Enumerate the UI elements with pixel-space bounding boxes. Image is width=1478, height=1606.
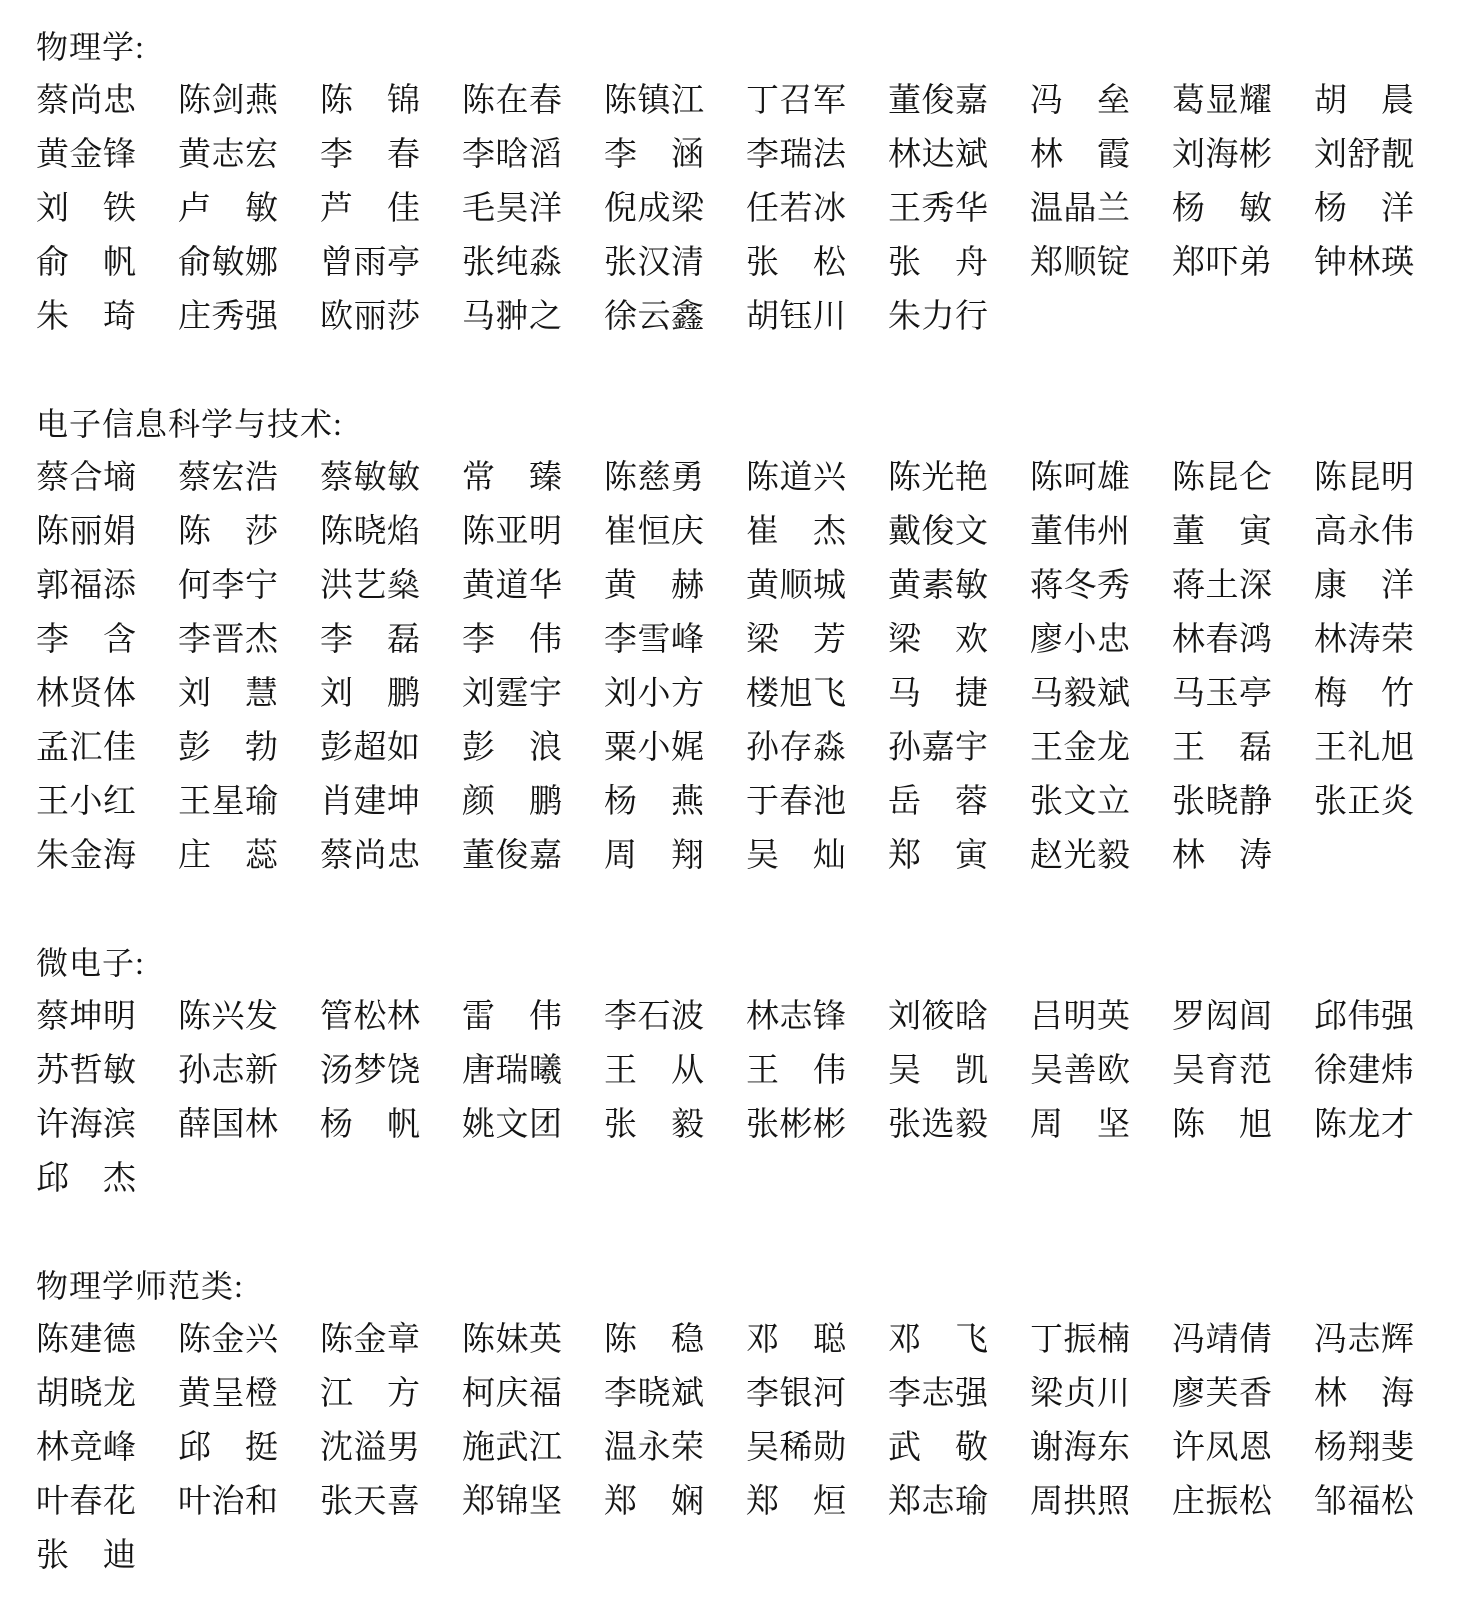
name-char: 崔 [604,505,637,559]
name-char: 兰 [1097,182,1130,236]
name-item: 张选毅 [888,1098,988,1152]
name-item: 李磊 [320,613,420,667]
name-item: 陈旭 [1172,1098,1272,1152]
name-char: 玉 [1206,667,1239,721]
name-item: 邱伟强 [1314,990,1414,1044]
name-char: 强 [245,290,278,344]
section: 微电子:蔡坤明陈兴发管松林雷伟李石波林志锋刘筱晗吕明英罗闳闾邱伟强苏哲敏孙志新汤… [36,936,1478,1206]
name-char: 明 [529,505,562,559]
name-item: 董俊嘉 [888,74,988,128]
name-char: 磊 [387,613,420,667]
name-char: 清 [671,236,704,290]
name-char: 闾 [1239,990,1272,1044]
name-char: 林 [1348,236,1381,290]
name-char: 敏 [245,182,278,236]
name-char: 梁 [671,182,704,236]
name-item: 邓飞 [888,1313,988,1367]
section-heading: 物理学师范类: [36,1259,1478,1313]
name-char: 郑 [746,1475,779,1529]
name-char: 明 [103,990,136,1044]
name-char: 陈 [888,451,921,505]
name-char: 邱 [178,1421,211,1475]
name-item: 郭福添 [36,559,136,613]
name-item: 芦佳 [320,182,420,236]
name-char: 锋 [103,128,136,182]
name-row: 朱琦庄秀强欧丽莎马翀之徐云鑫胡钰川朱力行 [36,290,1478,344]
name-char: 武 [888,1421,921,1475]
section: 电子信息科学与技术:蔡合墒蔡宏浩蔡敏敏常臻陈慈勇陈道兴陈光艳陈呵雄陈昆仑陈昆明陈… [36,397,1478,883]
name-item: 彭勃 [178,721,278,775]
name-char: 石 [638,990,671,1044]
name-char: 赵 [1030,829,1063,883]
name-char: 锦 [496,1475,529,1529]
name-char: 炎 [1381,775,1414,829]
name-char: 郑 [604,1475,637,1529]
name-char: 合 [70,451,103,505]
name-char: 汉 [638,236,671,290]
name-item: 郑志瑜 [888,1475,988,1529]
name-char: 施 [462,1421,495,1475]
name-char: 许 [1172,1421,1205,1475]
name-char: 立 [1097,775,1130,829]
name-char: 天 [354,1475,387,1529]
name-char: 庄 [1172,1475,1205,1529]
name-char: 男 [387,1421,420,1475]
name-char: 燕 [245,74,278,128]
name-char: 陈 [1172,451,1205,505]
name-item: 李瑞法 [746,128,846,182]
name-item: 黄顺城 [746,559,846,613]
name-char: 金 [354,1313,387,1367]
name-item: 林海 [1314,1367,1414,1421]
name-row: 张迪 [36,1529,1478,1583]
name-item: 张迪 [36,1529,136,1583]
name-char: 许 [36,1098,69,1152]
section: 物理学:蔡尚忠陈剑燕陈锦陈在春陈镇江丁召军董俊嘉冯垒葛显耀胡晨黄金锋黄志宏李春李… [36,20,1478,344]
name-char: 雄 [1097,451,1130,505]
name-char: 张 [320,1475,353,1529]
name-char: 锋 [813,990,846,1044]
name-char: 志 [922,1367,955,1421]
name-item: 温晶兰 [1030,182,1130,236]
name-char: 帆 [103,236,136,290]
name-item: 蔡尚忠 [320,829,420,883]
name-char: 星 [212,775,245,829]
name-char: 李 [888,1367,921,1421]
name-item: 邹福松 [1314,1475,1414,1529]
name-item: 温永荣 [604,1421,704,1475]
name-char: 楠 [1097,1313,1130,1367]
name-item: 李晋杰 [178,613,278,667]
name-item: 洪艺燊 [320,559,420,613]
name-char: 振 [1064,1313,1097,1367]
name-char: 新 [245,1044,278,1098]
name-char: 郑 [462,1475,495,1529]
name-char: 行 [955,290,988,344]
name-char: 饶 [387,1044,420,1098]
name-char: 龙 [1348,1098,1381,1152]
name-item: 李晗滔 [462,128,562,182]
name-item: 董伟州 [1030,505,1130,559]
name-char: 李 [746,128,779,182]
name-char: 法 [813,128,846,182]
name-char: 晓 [638,1367,671,1421]
document-page: 物理学:蔡尚忠陈剑燕陈锦陈在春陈镇江丁召军董俊嘉冯垒葛显耀胡晨黄金锋黄志宏李春李… [0,0,1478,1583]
name-char: 忠 [103,74,136,128]
name-char: 素 [922,559,955,613]
name-item: 黄赫 [604,559,704,613]
name-item: 陈锦 [320,74,420,128]
name-char: 晓 [354,505,387,559]
name-item: 倪成梁 [604,182,704,236]
name-char: 毅 [1064,667,1097,721]
name-char: 洋 [529,182,562,236]
name-char: 雪 [638,613,671,667]
name-char: 李 [36,613,69,667]
name-char: 林 [1314,1367,1347,1421]
name-char: 飞 [813,667,846,721]
name-char: 周 [1030,1475,1063,1529]
name-char: 方 [387,1367,420,1421]
name-char: 胡 [1314,74,1347,128]
name-item: 赵光毅 [1030,829,1130,883]
name-char: 娓 [671,721,704,775]
name-row: 林竞峰邱挺沈溢男施武江温永荣吴稀勋武敬谢海东许凤恩杨翔斐 [36,1421,1478,1475]
name-item: 李涵 [604,128,704,182]
name-char: 董 [462,829,495,883]
name-char: 林 [1172,829,1205,883]
name-char: 任 [746,182,779,236]
name-char: 嘉 [529,829,562,883]
name-char: 敏 [103,1044,136,1098]
name-item: 邓聪 [746,1313,846,1367]
name-char: 蕊 [245,829,278,883]
name-item: 张正炎 [1314,775,1414,829]
name-char: 才 [1381,1098,1414,1152]
name-char: 俊 [922,505,955,559]
name-char: 浩 [245,451,278,505]
name-char: 锦 [387,74,420,128]
name-char: 陈 [320,505,353,559]
name-char: 顺 [1064,236,1097,290]
name-char: 炜 [1381,1044,1414,1098]
name-char: 松 [1381,1475,1414,1529]
name-char: 伟 [1348,990,1381,1044]
name-item: 何李宁 [178,559,278,613]
name-char: 彬 [1239,128,1272,182]
name-char: 伟 [1064,505,1097,559]
name-char: 晗 [496,128,529,182]
name-char: 竞 [70,1421,103,1475]
name-char: 翔 [671,829,704,883]
name-char: 静 [1239,775,1272,829]
name-char: 龙 [103,1367,136,1421]
name-char: 王 [746,1044,779,1098]
name-item: 吕明英 [1030,990,1130,1044]
name-char: 东 [1097,1421,1130,1475]
name-char: 王 [178,775,211,829]
name-char: 高 [1314,505,1347,559]
name-row: 黄金锋黄志宏李春李晗滔李涵李瑞法林达斌林霞刘海彬刘舒靓 [36,128,1478,182]
name-char: 钰 [780,290,813,344]
name-char: 宏 [245,128,278,182]
name-char: 梁 [888,613,921,667]
name-item: 王金龙 [1030,721,1130,775]
name-char: 欧 [1097,1044,1130,1098]
name-char: 春 [70,1475,103,1529]
name-list: 物理学:蔡尚忠陈剑燕陈锦陈在春陈镇江丁召军董俊嘉冯垒葛显耀胡晨黄金锋黄志宏李春李… [36,20,1478,1583]
name-char: 郑 [1172,236,1205,290]
name-char: 华 [529,559,562,613]
name-item: 张舟 [888,236,988,290]
name-item: 丁召军 [746,74,846,128]
name-char: 苏 [36,1044,69,1098]
name-item: 江方 [320,1367,420,1421]
name-char: 晋 [212,613,245,667]
name-item: 雷伟 [462,990,562,1044]
name-item: 朱力行 [888,290,988,344]
name-char: 朱 [36,829,69,883]
name-char: 舟 [955,236,988,290]
name-item: 胡钰川 [746,290,846,344]
name-char: 松 [354,990,387,1044]
name-char: 顺 [780,559,813,613]
name-char: 陈 [320,1313,353,1367]
name-char: 陈 [746,451,779,505]
name-char: 刘 [462,667,495,721]
name-char: 洋 [1381,559,1414,613]
name-char: 毅 [955,1098,988,1152]
name-char: 娴 [671,1475,704,1529]
name-char: 蔡 [36,451,69,505]
name-char: 钟 [1314,236,1347,290]
name-item: 王伟 [746,1044,846,1098]
name-row: 叶春花叶治和张天喜郑锦坚郑娴郑烜郑志瑜周拱照庄振松邹福松 [36,1475,1478,1529]
name-char: 秀 [922,182,955,236]
name-item: 蒋冬秀 [1030,559,1130,613]
name-char: 李 [604,1367,637,1421]
name-item: 梅竹 [1314,667,1414,721]
name-item: 陈兴发 [178,990,278,1044]
name-char: 唐 [462,1044,495,1098]
name-char: 梅 [1314,667,1347,721]
name-char: 靖 [1206,1313,1239,1367]
name-char: 淼 [813,721,846,775]
name-item: 岳蓉 [888,775,988,829]
name-char: 杨 [1314,182,1347,236]
name-char: 郑 [888,1475,921,1529]
name-char: 筱 [922,990,955,1044]
name-char: 慈 [638,451,671,505]
name-char: 黄 [462,559,495,613]
name-char: 瑞 [496,1044,529,1098]
name-char: 添 [103,559,136,613]
name-char: 之 [529,290,562,344]
name-item: 曾雨亭 [320,236,420,290]
name-char: 敬 [955,1421,988,1475]
name-item: 郑吓弟 [1172,236,1272,290]
name-item: 徐云鑫 [604,290,704,344]
name-char: 坤 [387,775,420,829]
name-row: 林贤体刘慧刘鹏刘霆宇刘小方楼旭飞马捷马毅斌马玉亭梅竹 [36,667,1478,721]
name-char: 振 [1206,1475,1239,1529]
name-char: 尚 [354,829,387,883]
name-char: 旭 [1381,721,1414,775]
name-row: 许海滨薛国林杨帆姚文团张毅张彬彬张选毅周坚陈旭陈龙才 [36,1098,1478,1152]
name-char: 庄 [178,829,211,883]
name-char: 刘 [36,182,69,236]
name-char: 方 [671,667,704,721]
name-char: 道 [780,451,813,505]
name-item: 张彬彬 [746,1098,846,1152]
name-char: 妹 [496,1313,529,1367]
name-char: 廖 [1172,1367,1205,1421]
name-item: 唐瑞曦 [462,1044,562,1098]
name-char: 林 [888,128,921,182]
name-item: 康洋 [1314,559,1414,613]
name-char: 赫 [671,559,704,613]
name-char: 金 [1064,721,1097,775]
name-char: 吴 [746,1421,779,1475]
name-char: 小 [70,775,103,829]
name-char: 帆 [387,1098,420,1152]
name-item: 李晓斌 [604,1367,704,1421]
name-item: 陈丽娟 [36,505,136,559]
name-item: 刘霆宇 [462,667,562,721]
name-item: 杨翔斐 [1314,1421,1414,1475]
name-char: 徐 [604,290,637,344]
name-item: 陈莎 [178,505,278,559]
name-char: 范 [1239,1044,1272,1098]
name-char: 光 [1064,829,1097,883]
name-item: 蔡合墒 [36,451,136,505]
name-item: 姚文团 [462,1098,562,1152]
name-char: 董 [1172,505,1205,559]
name-char: 王 [36,775,69,829]
name-char: 陈 [36,505,69,559]
name-item: 许凤恩 [1172,1421,1272,1475]
name-char: 福 [529,1367,562,1421]
name-char: 滨 [103,1098,136,1152]
name-item: 林达斌 [888,128,988,182]
name-char: 小 [638,667,671,721]
name-row: 孟汇佳彭勃彭超如彭浪粟小娓孙存淼孙嘉宇王金龙王磊王礼旭 [36,721,1478,775]
name-item: 任若冰 [746,182,846,236]
name-char: 张 [888,236,921,290]
name-char: 温 [604,1421,637,1475]
name-item: 蔡敏敏 [320,451,420,505]
name-row: 朱金海庄蕊蔡尚忠董俊嘉周翔吴灿郑寅赵光毅林涛 [36,829,1478,883]
name-char: 马 [1030,667,1063,721]
name-char: 道 [496,559,529,613]
name-char: 邓 [746,1313,779,1367]
name-item: 柯庆福 [462,1367,562,1421]
name-item: 吴灿 [746,829,846,883]
name-char: 崔 [746,505,779,559]
name-char: 国 [212,1098,245,1152]
name-char: 昊 [496,182,529,236]
name-char: 晗 [955,990,988,1044]
name-char: 鹏 [529,775,562,829]
name-char: 李 [320,613,353,667]
name-char: 粟 [604,721,637,775]
name-char: 旭 [780,667,813,721]
name-char: 薛 [178,1098,211,1152]
name-char: 王 [1172,721,1205,775]
name-char: 滔 [529,128,562,182]
name-item: 楼旭飞 [746,667,846,721]
name-char: 林 [746,990,779,1044]
name-char: 庆 [671,505,704,559]
name-char: 曾 [320,236,353,290]
name-item: 黄金锋 [36,128,136,182]
name-char: 陈 [1314,451,1347,505]
name-item: 黄道华 [462,559,562,613]
name-char: 康 [1314,559,1347,613]
name-char: 土 [1206,559,1239,613]
name-char: 欧 [320,290,353,344]
name-char: 欢 [955,613,988,667]
name-char: 松 [813,236,846,290]
name-char: 张 [462,236,495,290]
name-char: 志 [212,128,245,182]
name-char: 金 [70,829,103,883]
name-char: 从 [671,1044,704,1098]
name-char: 建 [1348,1044,1381,1098]
name-char: 敏 [354,451,387,505]
name-char: 李 [178,613,211,667]
name-char: 旭 [1239,1098,1272,1152]
name-char: 艳 [955,451,988,505]
name-char: 孙 [178,1044,211,1098]
name-char: 淼 [529,236,562,290]
name-char: 瑞 [780,128,813,182]
name-char: 陈 [604,451,637,505]
name-char: 林 [1314,613,1347,667]
name-char: 银 [780,1367,813,1421]
name-item: 沈溢男 [320,1421,420,1475]
name-char: 俊 [496,829,529,883]
section-heading: 物理学: [36,20,1478,74]
name-item: 蔡尚忠 [36,74,136,128]
name-item: 薛国林 [178,1098,278,1152]
name-char: 兴 [813,451,846,505]
name-item: 施武江 [462,1421,562,1475]
name-item: 冯靖倩 [1172,1313,1272,1367]
name-char: 春 [387,128,420,182]
name-item: 俞敏娜 [178,236,278,290]
name-item: 刘慧 [178,667,278,721]
name-char: 王 [1314,721,1347,775]
name-item: 林竞峰 [36,1421,136,1475]
name-char: 丽 [354,290,387,344]
name-char: 俞 [178,236,211,290]
name-char: 亚 [496,505,529,559]
name-item: 杨洋 [1314,182,1414,236]
name-char: 松 [1239,1475,1272,1529]
name-char: 凤 [1206,1421,1239,1475]
name-char: 坚 [1097,1098,1130,1152]
name-char: 涛 [1348,613,1381,667]
name-item: 刘铁 [36,182,136,236]
name-item: 张天喜 [320,1475,420,1529]
name-char: 毛 [462,182,495,236]
name-char: 坚 [529,1475,562,1529]
name-char: 兴 [212,990,245,1044]
name-item: 郑娴 [604,1475,704,1529]
name-item: 崔杰 [746,505,846,559]
name-char: 涵 [671,128,704,182]
